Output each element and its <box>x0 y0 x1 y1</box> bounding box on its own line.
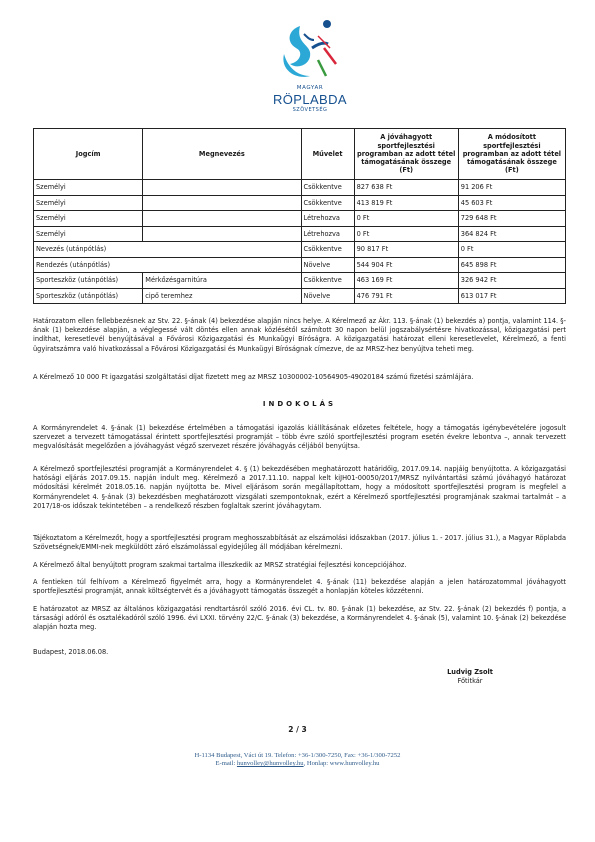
footer-homepage[interactable]: www.hunvolley.hu <box>330 760 380 767</box>
cell-megnevezes: Mérkőzésgarnitúra <box>143 273 301 289</box>
logo-text-magyar: MAGYAR <box>262 85 358 91</box>
header-approved-amount: A jóváhagyott sportfejlesztési programba… <box>354 129 458 180</box>
footer-address: H-1134 Budapest, Váci út 19. Telefon: +3… <box>0 752 595 760</box>
cell-jovahagyott: 463 169 Ft <box>354 273 458 289</box>
cell-megnevezes <box>143 211 301 227</box>
cell-jogcim: Sporteszköz (utánpótlás) <box>34 273 143 289</box>
footer-homepage-label: , Honlap: <box>304 760 330 767</box>
cell-muvelet: Csökkentve <box>301 195 354 211</box>
volleyball-player-icon <box>280 14 340 84</box>
reasoning-paragraph-1: A Kormányrendelet 4. §-ának (1) bekezdés… <box>33 424 566 452</box>
cell-jovahagyott: 827 638 Ft <box>354 180 458 196</box>
table-row: Nevezés (utánpótlás)Csökkentve90 817 Ft0… <box>34 242 566 258</box>
cell-modositott: 45 603 Ft <box>458 195 565 211</box>
federation-logo: MAGYAR RÖPLABDA SZÖVETSÉG <box>262 14 358 114</box>
reasoning-paragraph-3: Tájékoztatom a Kérelmezőt, hogy a sportf… <box>33 534 566 552</box>
cell-jovahagyott: 544 904 Ft <box>354 257 458 273</box>
page-number: 2 / 3 <box>0 725 595 734</box>
table-row: Rendezés (utánpótlás)Növelve544 904 Ft64… <box>34 257 566 273</box>
cell-jovahagyott: 90 817 Ft <box>354 242 458 258</box>
cell-modositott: 91 206 Ft <box>458 180 565 196</box>
header-muvelet: Művelet <box>301 129 354 180</box>
cell-jovahagyott: 413 819 Ft <box>354 195 458 211</box>
cell-megnevezes <box>143 226 301 242</box>
cell-muvelet: Létrehozva <box>301 211 354 227</box>
logo-text-szovetseg: SZÖVETSÉG <box>262 107 358 113</box>
signature-block: Ludvig Zsolt Főtitkár <box>410 668 530 685</box>
cell-modositott: 729 648 Ft <box>458 211 565 227</box>
cell-jogcim: Nevezés (utánpótlás) <box>34 242 302 258</box>
cell-modositott: 645 898 Ft <box>458 257 565 273</box>
header-megnevezes: Megnevezés <box>143 129 301 180</box>
place-date: Budapest, 2018.06.08. <box>33 648 566 657</box>
signatory-title: Főtitkár <box>410 677 530 686</box>
cell-muvelet: Növelve <box>301 257 354 273</box>
appeal-paragraph: Határozatom ellen fellebbezésnek az Stv.… <box>33 317 566 354</box>
legal-basis-paragraph: E határozatot az MRSZ az általános közig… <box>33 605 566 633</box>
cell-muvelet: Csökkentve <box>301 180 354 196</box>
cell-jogcim: Személyi <box>34 226 143 242</box>
cell-jogcim: Sporteszköz (utánpótlás) <box>34 288 143 304</box>
header-jogcim: Jogcím <box>34 129 143 180</box>
footer-email-label: E-mail: <box>216 760 237 767</box>
fee-paragraph: A Kérelmező 10 000 Ft igazgatási szolgál… <box>33 373 566 382</box>
table-row: SzemélyiCsökkentve827 638 Ft91 206 Ft <box>34 180 566 196</box>
cell-megnevezes: cipő teremhez <box>143 288 301 304</box>
cell-jogcim: Személyi <box>34 180 143 196</box>
cell-jogcim: Személyi <box>34 195 143 211</box>
footer-email-link[interactable]: hunvolley@hunvolley.hu <box>237 760 304 767</box>
cell-modositott: 326 942 Ft <box>458 273 565 289</box>
cell-modositott: 0 Ft <box>458 242 565 258</box>
table-row: SzemélyiCsökkentve413 819 Ft45 603 Ft <box>34 195 566 211</box>
cell-jogcim: Személyi <box>34 211 143 227</box>
cell-jovahagyott: 0 Ft <box>354 211 458 227</box>
table-row: Sporteszköz (utánpótlás)cipő teremhezNöv… <box>34 288 566 304</box>
header-modified-amount: A módosított sportfejlesztési programban… <box>458 129 565 180</box>
reasoning-paragraph-2: A Kérelmező sportfejlesztési programját … <box>33 465 566 511</box>
table-row: SzemélyiLétrehozva0 Ft364 824 Ft <box>34 226 566 242</box>
cell-muvelet: Növelve <box>301 288 354 304</box>
logo-text-roplabda: RÖPLABDA <box>262 92 358 107</box>
section-heading: INDOKOLÁS <box>33 400 566 408</box>
cell-muvelet: Létrehozva <box>301 226 354 242</box>
cell-jogcim: Rendezés (utánpótlás) <box>34 257 302 273</box>
cell-muvelet: Csökkentve <box>301 242 354 258</box>
cell-modositott: 364 824 Ft <box>458 226 565 242</box>
reasoning-paragraph-4: A Kérelmező által benyújtott program sza… <box>33 561 566 570</box>
reasoning-paragraph-5: A fentieken túl felhívom a Kérelmező fig… <box>33 578 566 596</box>
cell-muvelet: Csökkentve <box>301 273 354 289</box>
footer: H-1134 Budapest, Váci út 19. Telefon: +3… <box>0 752 595 769</box>
cell-jovahagyott: 0 Ft <box>354 226 458 242</box>
cell-jovahagyott: 476 791 Ft <box>354 288 458 304</box>
cell-modositott: 613 017 Ft <box>458 288 565 304</box>
table-row: Sporteszköz (utánpótlás)Mérkőzésgarnitúr… <box>34 273 566 289</box>
signatory-name: Ludvig Zsolt <box>410 668 530 677</box>
table-row: SzemélyiLétrehozva0 Ft729 648 Ft <box>34 211 566 227</box>
table-header-row: Jogcím Megnevezés Művelet A jóváhagyott … <box>34 129 566 180</box>
cell-megnevezes <box>143 195 301 211</box>
support-amounts-table: Jogcím Megnevezés Művelet A jóváhagyott … <box>33 128 566 304</box>
cell-megnevezes <box>143 180 301 196</box>
